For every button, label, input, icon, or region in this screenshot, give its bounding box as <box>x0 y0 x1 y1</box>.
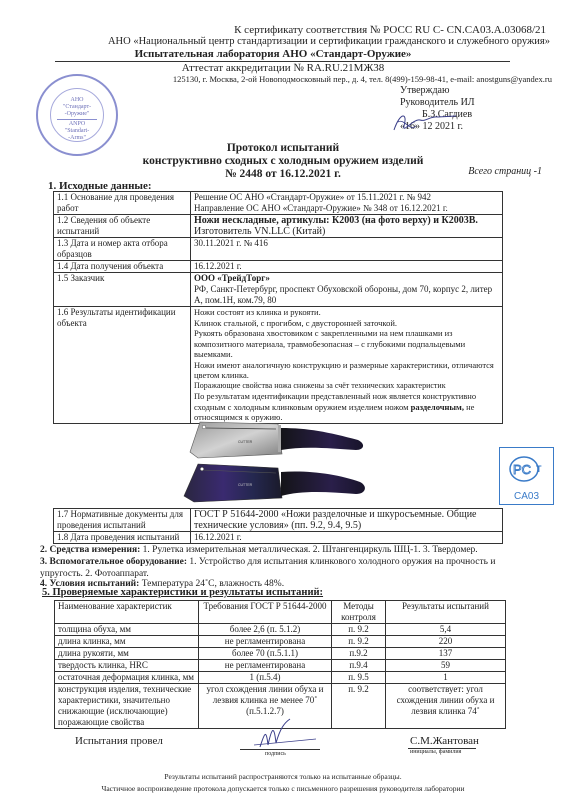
section-3: 3. Вспомогательное оборудование: 1. Устр… <box>40 556 536 580</box>
svg-text:PC: PC <box>513 462 531 477</box>
stamp-text: "Standart- <box>51 128 103 135</box>
section-2-title: 2. Средства измерения: <box>40 545 140 555</box>
table-cell: п. 9.2 <box>332 636 386 648</box>
table-cell: п.9.4 <box>332 660 386 672</box>
table-cell: 5,4 <box>386 624 506 636</box>
stamp-text: "Стандарт- <box>51 104 103 111</box>
table-cell: соответствует: угол схождения линии обух… <box>386 684 506 729</box>
row-label: 1.3 Дата и номер акта отбора образцов <box>54 238 191 261</box>
table-cell: 59 <box>386 660 506 672</box>
rst-code: CA03 <box>500 491 553 502</box>
table-row: 1.3 Дата и номер акта отбора образцов 30… <box>54 238 503 261</box>
value-line: Ножи состоят из клинка и рукояти. <box>194 307 499 318</box>
stamp-divider <box>57 119 97 120</box>
conclusion-bold: разделочным, <box>411 402 464 412</box>
row-label: 1.2 Сведения об объекте испытаний <box>54 215 191 238</box>
section-3-title: 3. Вспомогательное оборудование: <box>40 557 187 567</box>
certificate-reference: К сертификату соответствия № РОСС RU C- … <box>0 24 546 36</box>
header-cell: Результаты испытаний <box>386 601 506 624</box>
row-value: 30.11.2021 г. № 416 <box>191 238 503 261</box>
value-line: Изготовитель VN.LLC (Китай) <box>194 226 499 237</box>
value-line: Ножи несклaдные, артикулы: К2003 (на фот… <box>194 215 499 226</box>
laboratory-name: Испытательная лаборатория АНО «Стандарт-… <box>40 48 506 60</box>
table-cell: п. 9.2 <box>332 684 386 729</box>
tester-signature-icon <box>250 717 320 751</box>
section-2: 2. Средства измерения: 1. Рулетка измери… <box>40 544 536 556</box>
table-header-row: Наименование характеристик Требования ГО… <box>55 601 506 624</box>
table-cell: толщина обуха, мм <box>55 624 199 636</box>
source-data-table-continued: 1.7 Нормативные документы для проведения… <box>53 508 503 544</box>
rst-logo-icon: PC T <box>507 454 547 484</box>
row-value: ГОСТ Р 51644-2000 «Ножи разделочные и шк… <box>191 509 503 532</box>
table-row: остаточная деформация клинка, мм1 (п.5.4… <box>55 672 506 684</box>
accreditation-number: Аттестат аккредитации № RA.RU.21МЖ38 <box>40 62 526 74</box>
section-5-title: 5. Проверяемые характеристики и результа… <box>42 587 323 598</box>
approval-heading: Утверждаю <box>400 85 475 97</box>
table-row: 1.5 Заказчик ООО «ТрейдТорг» РФ, Санкт-П… <box>54 273 503 307</box>
knife-bottom-label: CUTTER <box>238 483 253 487</box>
table-cell: не регламентирована <box>199 660 332 672</box>
row-label: 1.7 Нормативные документы для проведения… <box>54 509 191 532</box>
table-row: 1.2 Сведения об объекте испытаний Ножи н… <box>54 215 503 238</box>
table-cell: более 2,6 (п. 5.1.2) <box>199 624 332 636</box>
table-row: длина рукояти, ммболее 70 (п.5.1.1)п.9.2… <box>55 648 506 660</box>
value-line: Клинок стальной, с прогибом, с двусторон… <box>194 318 499 329</box>
header-cell: Наименование характеристик <box>55 601 199 624</box>
row-value: 16.12.2021 г. <box>191 261 503 273</box>
row-label: 1.5 Заказчик <box>54 273 191 307</box>
table-cell: 1 <box>386 672 506 684</box>
stamp-text: АНО <box>51 97 103 104</box>
table-row: длина клинка, ммне регламентированап. 9.… <box>55 636 506 648</box>
knife-photos-image: CUTTER CUTTER <box>178 418 398 506</box>
value-line: Поражающие свойства ножа снижены за счёт… <box>194 381 499 392</box>
table-cell: более 70 (п.5.1.1) <box>199 648 332 660</box>
knife-top-label: CUTTER <box>238 440 253 444</box>
table-cell: 1 (п.5.4) <box>199 672 332 684</box>
lab-address: 125130, г. Москва, 2-ой Новоподмосковный… <box>86 74 552 84</box>
svg-text:T: T <box>536 464 542 474</box>
table-row: 1.8 Дата проведения испытаний 16.12.2021… <box>54 532 503 544</box>
table-row: толщина обуха, ммболее 2,6 (п. 5.1.2)п. … <box>55 624 506 636</box>
stamp-text: ANPO <box>51 121 103 128</box>
row-value: 16.12.2021 г. <box>191 532 503 544</box>
row-value: Ножи состоят из клинка и рукояти. Клинок… <box>191 307 503 424</box>
stamp-text: -Arms" <box>51 135 103 142</box>
header-cell: Требования ГОСТ Р 51644-2000 <box>199 601 332 624</box>
row-value: Решение ОС АНО «Стандарт-Оружие» от 15.1… <box>191 192 503 215</box>
table-cell: длина рукояти, мм <box>55 648 199 660</box>
tester-name: С.М.Жантован <box>410 735 479 747</box>
table-cell: остаточная деформация клинка, мм <box>55 672 199 684</box>
table-cell: п. 9.5 <box>332 672 386 684</box>
row-value: Ножи несклaдные, артикулы: К2003 (на фот… <box>191 215 503 238</box>
protocol-heading: Протокол испытаний <box>0 142 566 155</box>
results-body: толщина обуха, ммболее 2,6 (п. 5.1.2)п. … <box>55 624 506 729</box>
value-line: Направление ОС АНО «Стандарт-Оружие» № 3… <box>194 203 499 214</box>
table-row: 1.6 Результаты идентификации объекта Нож… <box>54 307 503 424</box>
row-label: 1.1 Основание для проведения работ <box>54 192 191 215</box>
table-cell: твердость клинка, HRC <box>55 660 199 672</box>
value-line: РФ, Санкт-Петербург, проспект Обуховской… <box>194 284 499 306</box>
row-value: ООО «ТрейдТорг» РФ, Санкт-Петербург, про… <box>191 273 503 307</box>
row-label: 1.8 Дата проведения испытаний <box>54 532 191 544</box>
table-cell: конструкция изделия, технические характе… <box>55 684 199 729</box>
tested-by-label: Испытания провел <box>75 735 163 747</box>
table-cell: 220 <box>386 636 506 648</box>
organization-name: АНО «Национальный центр стандартизации и… <box>0 36 550 47</box>
table-row: 1.4 Дата получения объекта 16.12.2021 г. <box>54 261 503 273</box>
page-count: Всего страниц -1 <box>468 166 542 177</box>
table-row: 1.1 Основание для проведения работ Решен… <box>54 192 503 215</box>
stamp-text: -Оружие" <box>51 111 103 118</box>
table-cell: длина клинка, мм <box>55 636 199 648</box>
section-2-text: 1. Рулетка измерительная металлическая. … <box>140 545 477 555</box>
footer-note-reproduction: Частичное воспроизведение протокола допу… <box>0 784 566 793</box>
row-label: 1.6 Результаты идентификации объекта <box>54 307 191 424</box>
value-line: ООО «ТрейдТорг» <box>194 273 499 284</box>
value-line: Рукоять образована хвостовиком с закрепл… <box>194 328 499 360</box>
table-cell: 137 <box>386 648 506 660</box>
source-data-table: 1.1 Основание для проведения работ Решен… <box>53 191 503 424</box>
row-label: 1.4 Дата получения объекта <box>54 261 191 273</box>
value-line: Решение ОС АНО «Стандарт-Оружие» от 15.1… <box>194 192 499 203</box>
signature-label: подпись <box>265 751 286 757</box>
table-row: твердость клинка, HRCне регламентирована… <box>55 660 506 672</box>
value-line: Ножи имеют аналогичную конструкцию и раз… <box>194 360 499 381</box>
signature-line <box>240 749 320 750</box>
tester-name-label: инициалы, фамилия <box>410 749 461 755</box>
header-cell: Методы контроля <box>332 601 386 624</box>
approver-signature-icon <box>390 108 460 136</box>
rst-certification-mark: PC T CA03 <box>499 447 554 505</box>
table-cell: п. 9.2 <box>332 624 386 636</box>
footer-note-scope: Результаты испытаний распространяются то… <box>0 772 566 781</box>
table-cell: не регламентирована <box>199 636 332 648</box>
table-row: 1.7 Нормативные документы для проведения… <box>54 509 503 532</box>
test-results-table: Наименование характеристик Требования ГО… <box>54 600 506 729</box>
table-cell: п.9.2 <box>332 648 386 660</box>
